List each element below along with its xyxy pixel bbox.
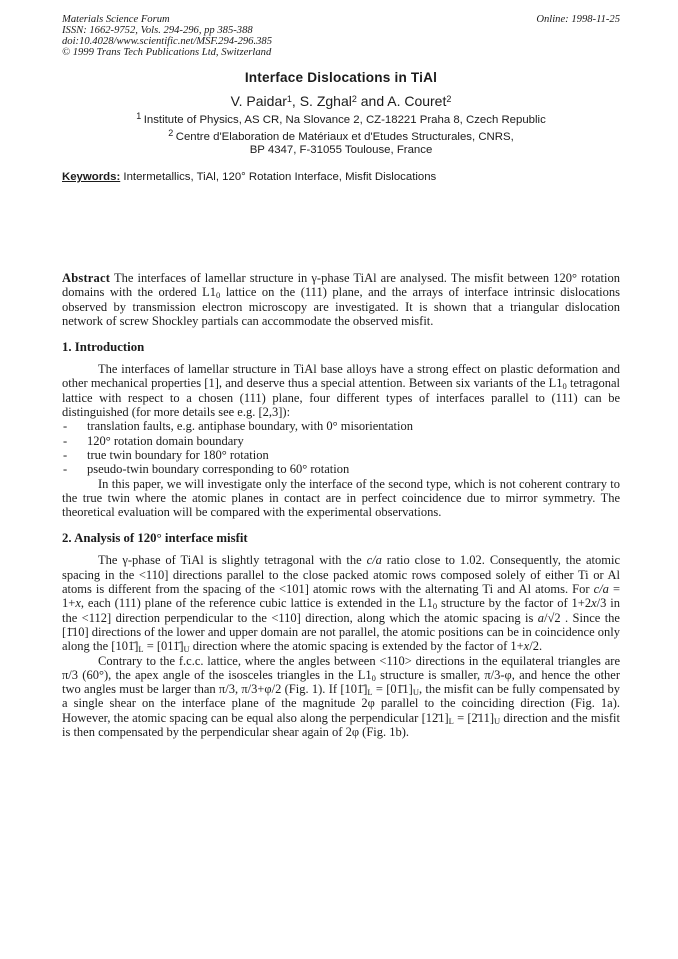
online-date: Online: 1998-11-25 <box>536 14 620 25</box>
journal-doi-line: doi:10.4028/www.scientific.net/MSF.294-2… <box>62 36 272 47</box>
journal-name: Materials Science Forum <box>62 14 272 25</box>
analysis-paragraph-2: Contrary to the f.c.c. lattice, where th… <box>62 654 620 740</box>
section-1-heading: 1. Introduction <box>62 340 620 355</box>
list-item: - 120° rotation domain boundary <box>62 434 620 448</box>
intro-paragraph-1: The interfaces of lamellar structure in … <box>62 362 620 419</box>
list-item-text: translation faults, e.g. antiphase bound… <box>87 419 620 433</box>
journal-copyright-line: © 1999 Trans Tech Publications Ltd, Swit… <box>62 47 272 58</box>
keywords-label: Keywords: <box>62 171 120 183</box>
section-2-heading: 2. Analysis of 120° interface misfit <box>62 531 620 546</box>
bullet-dash: - <box>62 462 87 476</box>
paper-page: Materials Science Forum ISSN: 1662-9752,… <box>0 0 678 959</box>
bullet-dash: - <box>62 448 87 462</box>
interface-type-list: - translation faults, e.g. antiphase bou… <box>62 419 620 476</box>
keywords-line: Keywords: Intermetallics, TiAl, 120° Rot… <box>62 171 620 183</box>
list-item: - pseudo-twin boundary corresponding to … <box>62 462 620 476</box>
journal-meta: Materials Science Forum ISSN: 1662-9752,… <box>62 14 272 58</box>
abstract-paragraph: Abstract The interfaces of lamellar stru… <box>62 271 620 328</box>
journal-header: Materials Science Forum ISSN: 1662-9752,… <box>62 14 620 58</box>
list-item: - true twin boundary for 180° rotation <box>62 448 620 462</box>
keywords-text: Intermetallics, TiAl, 120° Rotation Inte… <box>120 171 436 183</box>
journal-issn-line: ISSN: 1662-9752, Vols. 294-296, pp 385-3… <box>62 25 272 36</box>
affiliation-2: 2 Centre d'Elaboration de Matériaux et d… <box>62 131 620 143</box>
list-item: - translation faults, e.g. antiphase bou… <box>62 419 620 433</box>
affiliation-2-line2: BP 4347, F-31055 Toulouse, France <box>62 144 620 156</box>
paper-title: Interface Dislocations in TiAl <box>62 70 620 85</box>
intro-paragraph-2: In this paper, we will investigate only … <box>62 477 620 520</box>
list-item-text: pseudo-twin boundary corresponding to 60… <box>87 462 620 476</box>
bullet-dash: - <box>62 434 87 448</box>
list-item-text: 120° rotation domain boundary <box>87 434 620 448</box>
analysis-paragraph-1: The γ-phase of TiAl is slightly tetragon… <box>62 553 620 653</box>
bullet-dash: - <box>62 419 87 433</box>
affiliation-1: 1 Institute of Physics, AS CR, Na Slovan… <box>62 114 620 126</box>
authors-line: V. Paidar1, S. Zghal2 and A. Couret2 <box>62 93 620 109</box>
list-item-text: true twin boundary for 180° rotation <box>87 448 620 462</box>
